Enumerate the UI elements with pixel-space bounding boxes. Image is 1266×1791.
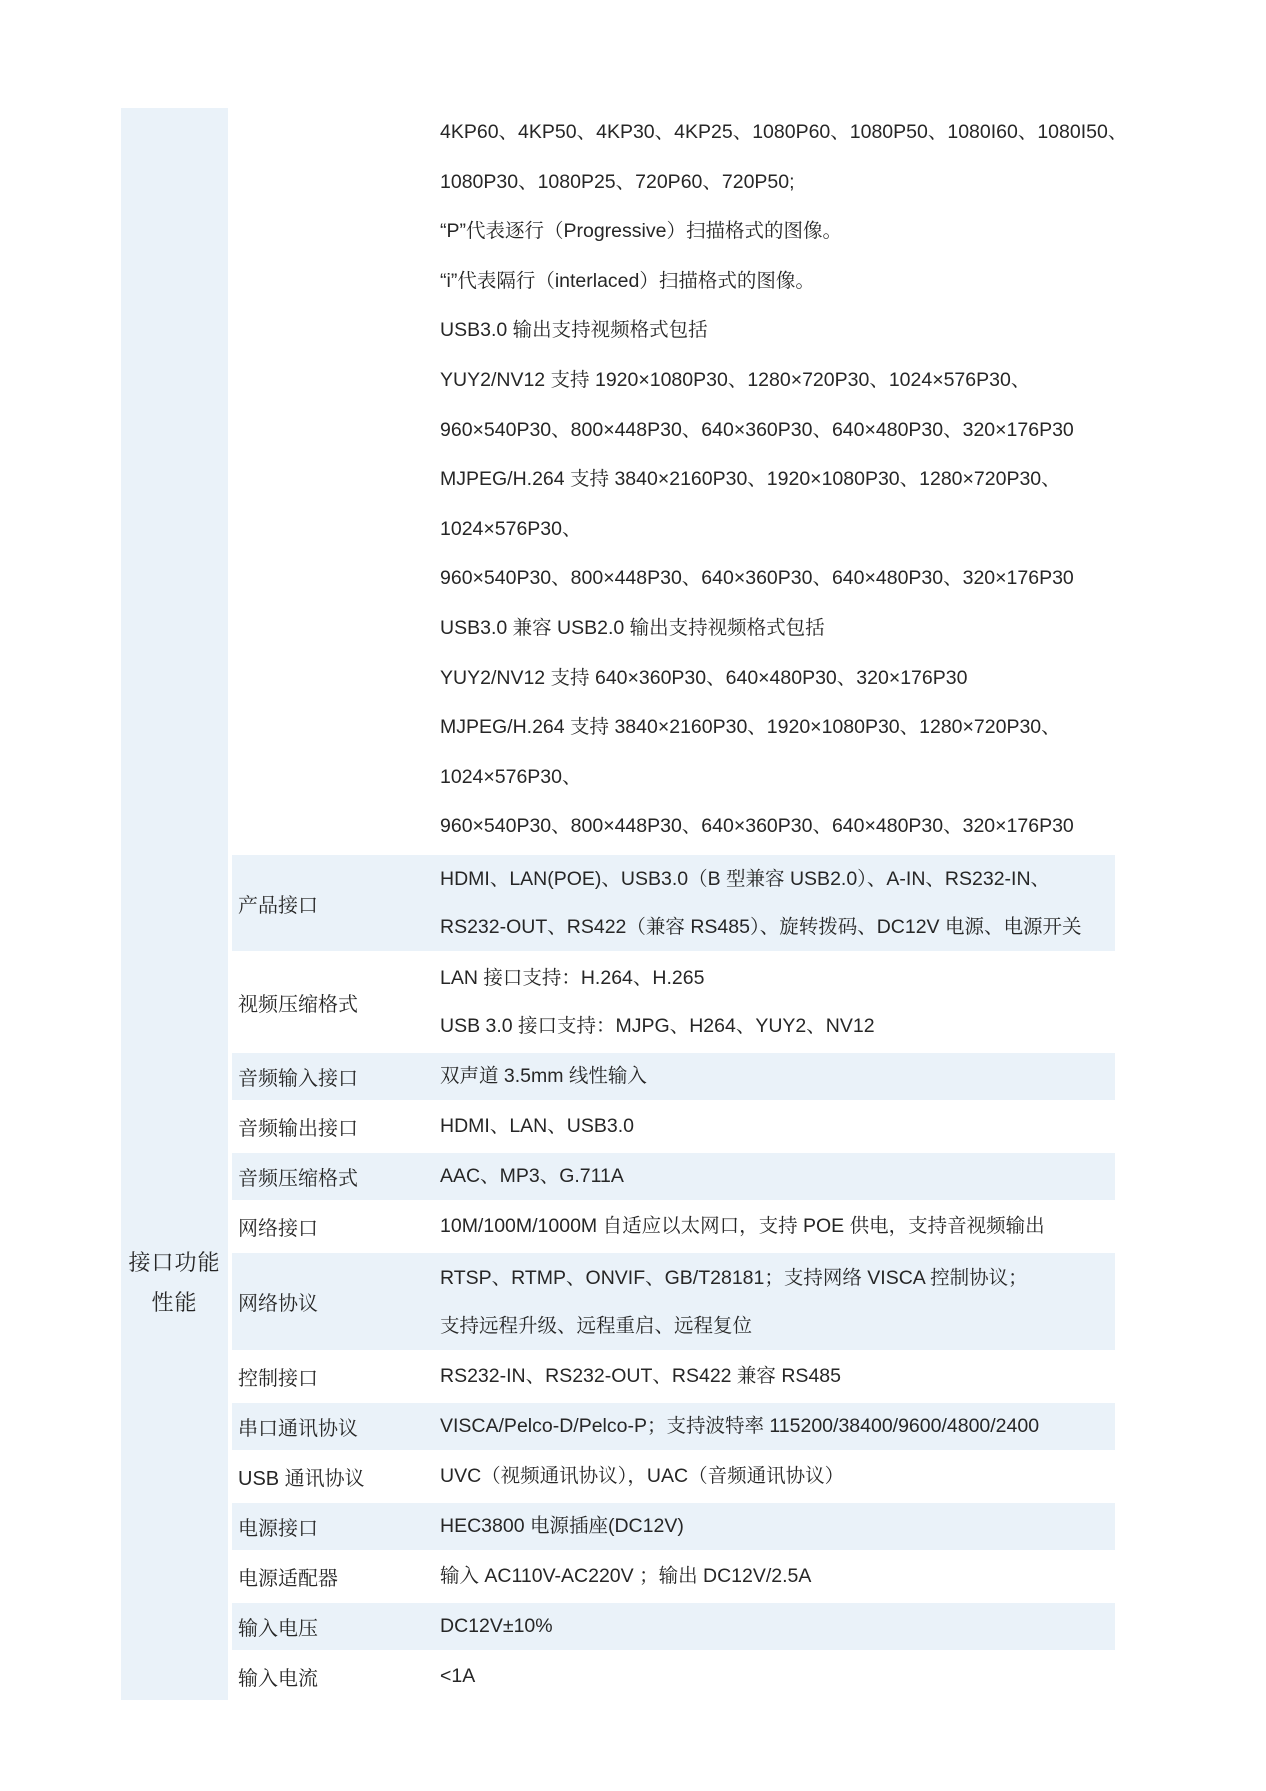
row-value: 输入 AC110V-AC220V ；输出 DC12V/2.5A xyxy=(440,1553,1115,1600)
row-value-line: RS232-IN、RS232-OUT、RS422 兼容 RS485 xyxy=(440,1353,1115,1400)
spec-row: 4KP60、4KP50、4KP30、4KP25、1080P60、1080P50、… xyxy=(232,108,1115,852)
row-label: 输入电压 xyxy=(232,1603,440,1650)
row-value: RS232-IN、RS232-OUT、RS422 兼容 RS485 xyxy=(440,1353,1115,1400)
row-label: 网络接口 xyxy=(232,1203,440,1250)
row-value-line: RTSP、RTMP、ONVIF、GB/T28181；支持网络 VISCA 控制协… xyxy=(440,1254,1115,1302)
row-value-line: YUY2/NV12 支持 640×360P30、640×480P30、320×1… xyxy=(440,654,1127,704)
row-value-line: DC12V±10% xyxy=(440,1603,1115,1650)
spec-row: 音频输出接口HDMI、LAN、USB3.0 xyxy=(232,1103,1115,1150)
row-value-line: 1080P30、1080P25、720P60、720P50; xyxy=(440,158,1127,208)
row-value-line: USB 3.0 接口支持：MJPG、H264、YUY2、NV12 xyxy=(440,1002,1115,1050)
row-value-line: 双声道 3.5mm 线性输入 xyxy=(440,1053,1115,1100)
row-value-line: 960×540P30、800×448P30、640×360P30、640×480… xyxy=(440,406,1127,456)
spec-row: 产品接口HDMI、LAN(POE)、USB3.0（B 型兼容 USB2.0）、A… xyxy=(232,855,1115,951)
row-value-line: RS232-OUT、RS422（兼容 RS485）、旋转拨码、DC12V 电源、… xyxy=(440,903,1115,951)
row-value-line: HDMI、LAN、USB3.0 xyxy=(440,1103,1115,1150)
row-value: RTSP、RTMP、ONVIF、GB/T28181；支持网络 VISCA 控制协… xyxy=(440,1253,1115,1350)
row-value-line: USB3.0 输出支持视频格式包括 xyxy=(440,306,1127,356)
spec-row: 音频输入接口双声道 3.5mm 线性输入 xyxy=(232,1053,1115,1100)
spec-row: 电源接口HEC3800 电源插座(DC12V) xyxy=(232,1503,1115,1550)
spec-table: 接口功能 性能 4KP60、4KP50、4KP30、4KP25、1080P60、… xyxy=(121,108,1115,1700)
row-value-line: LAN 接口支持：H.264、H.265 xyxy=(440,954,1115,1002)
row-value-line: MJPEG/H.264 支持 3840×2160P30、1920×1080P30… xyxy=(440,703,1127,753)
row-label: USB 通讯协议 xyxy=(232,1453,440,1500)
row-value-line: UVC（视频通讯协议），UAC（音频通讯协议） xyxy=(440,1453,1115,1500)
spec-row: 网络协议RTSP、RTMP、ONVIF、GB/T28181；支持网络 VISCA… xyxy=(232,1253,1115,1350)
row-value: 10M/100M/1000M 自适应以太网口，支持 POE 供电，支持音视频输出 xyxy=(440,1203,1115,1250)
row-value-line: 输入 AC110V-AC220V ；输出 DC12V/2.5A xyxy=(440,1553,1115,1600)
row-value-line: HDMI、LAN(POE)、USB3.0（B 型兼容 USB2.0）、A-IN、… xyxy=(440,855,1115,903)
row-label: 网络协议 xyxy=(232,1253,440,1350)
row-value-line: 1024×576P30、 xyxy=(440,753,1127,803)
row-value: <1A xyxy=(440,1653,1115,1700)
row-label: 输入电流 xyxy=(232,1653,440,1700)
category-label: 接口功能 性能 xyxy=(121,1243,228,1323)
row-value-line: VISCA/Pelco-D/Pelco-P；支持波特率 115200/38400… xyxy=(440,1403,1115,1450)
row-value-line: 4KP60、4KP50、4KP30、4KP25、1080P60、1080P50、… xyxy=(440,108,1127,158)
row-value-line: 10M/100M/1000M 自适应以太网口，支持 POE 供电，支持音视频输出 xyxy=(440,1203,1115,1250)
spec-row: 音频压缩格式AAC、MP3、G.711A xyxy=(232,1153,1115,1200)
row-value-line: “i”代表隔行（interlaced）扫描格式的图像。 xyxy=(440,257,1127,307)
spec-row: USB 通讯协议UVC（视频通讯协议），UAC（音频通讯协议） xyxy=(232,1453,1115,1500)
spec-row: 串口通讯协议VISCA/Pelco-D/Pelco-P；支持波特率 115200… xyxy=(232,1403,1115,1450)
spec-row: 输入电压DC12V±10% xyxy=(232,1603,1115,1650)
spec-row: 视频压缩格式LAN 接口支持：H.264、H.265USB 3.0 接口支持：M… xyxy=(232,954,1115,1050)
category-label-line2: 性能 xyxy=(121,1283,228,1323)
row-label: 控制接口 xyxy=(232,1353,440,1400)
spec-row: 输入电流<1A xyxy=(232,1653,1115,1700)
row-value: 双声道 3.5mm 线性输入 xyxy=(440,1053,1115,1100)
row-value: VISCA/Pelco-D/Pelco-P；支持波特率 115200/38400… xyxy=(440,1403,1115,1450)
row-label: 音频输出接口 xyxy=(232,1103,440,1150)
row-value-line: MJPEG/H.264 支持 3840×2160P30、1920×1080P30… xyxy=(440,455,1127,505)
row-value-line: HEC3800 电源插座(DC12V) xyxy=(440,1503,1115,1550)
row-value-line: AAC、MP3、G.711A xyxy=(440,1153,1115,1200)
row-value: 4KP60、4KP50、4KP30、4KP25、1080P60、1080P50、… xyxy=(440,108,1127,852)
row-value: HDMI、LAN(POE)、USB3.0（B 型兼容 USB2.0）、A-IN、… xyxy=(440,855,1115,951)
row-value: UVC（视频通讯协议），UAC（音频通讯协议） xyxy=(440,1453,1115,1500)
row-label xyxy=(232,108,440,852)
row-value-line: YUY2/NV12 支持 1920×1080P30、1280×720P30、10… xyxy=(440,356,1127,406)
row-value-line: 1024×576P30、 xyxy=(440,505,1127,555)
row-value: LAN 接口支持：H.264、H.265USB 3.0 接口支持：MJPG、H2… xyxy=(440,954,1115,1050)
row-value: HDMI、LAN、USB3.0 xyxy=(440,1103,1115,1150)
row-value-line: <1A xyxy=(440,1653,1115,1700)
row-label: 音频输入接口 xyxy=(232,1053,440,1100)
category-label-line1: 接口功能 xyxy=(121,1243,228,1283)
row-label: 视频压缩格式 xyxy=(232,954,440,1050)
spec-rows: 4KP60、4KP50、4KP30、4KP25、1080P60、1080P50、… xyxy=(232,108,1115,1700)
spec-row: 控制接口RS232-IN、RS232-OUT、RS422 兼容 RS485 xyxy=(232,1353,1115,1400)
row-label: 电源接口 xyxy=(232,1503,440,1550)
row-label: 音频压缩格式 xyxy=(232,1153,440,1200)
row-label: 电源适配器 xyxy=(232,1553,440,1600)
row-value-line: 960×540P30、800×448P30、640×360P30、640×480… xyxy=(440,554,1127,604)
row-value-line: 960×540P30、800×448P30、640×360P30、640×480… xyxy=(440,802,1127,852)
spec-row: 电源适配器输入 AC110V-AC220V ；输出 DC12V/2.5A xyxy=(232,1553,1115,1600)
category-cell: 接口功能 性能 xyxy=(121,108,228,1700)
row-value-line: 支持远程升级、远程重启、远程复位 xyxy=(440,1302,1115,1350)
row-value-line: USB3.0 兼容 USB2.0 输出支持视频格式包括 xyxy=(440,604,1127,654)
row-value-line: “P”代表逐行（Progressive）扫描格式的图像。 xyxy=(440,207,1127,257)
row-value: DC12V±10% xyxy=(440,1603,1115,1650)
row-value: AAC、MP3、G.711A xyxy=(440,1153,1115,1200)
row-label: 产品接口 xyxy=(232,855,440,951)
spec-row: 网络接口10M/100M/1000M 自适应以太网口，支持 POE 供电，支持音… xyxy=(232,1203,1115,1250)
row-label: 串口通讯协议 xyxy=(232,1403,440,1450)
spec-document-page: { "colors": { "row_blue": "#eaf2f9", "te… xyxy=(0,0,1266,1791)
row-value: HEC3800 电源插座(DC12V) xyxy=(440,1503,1115,1550)
